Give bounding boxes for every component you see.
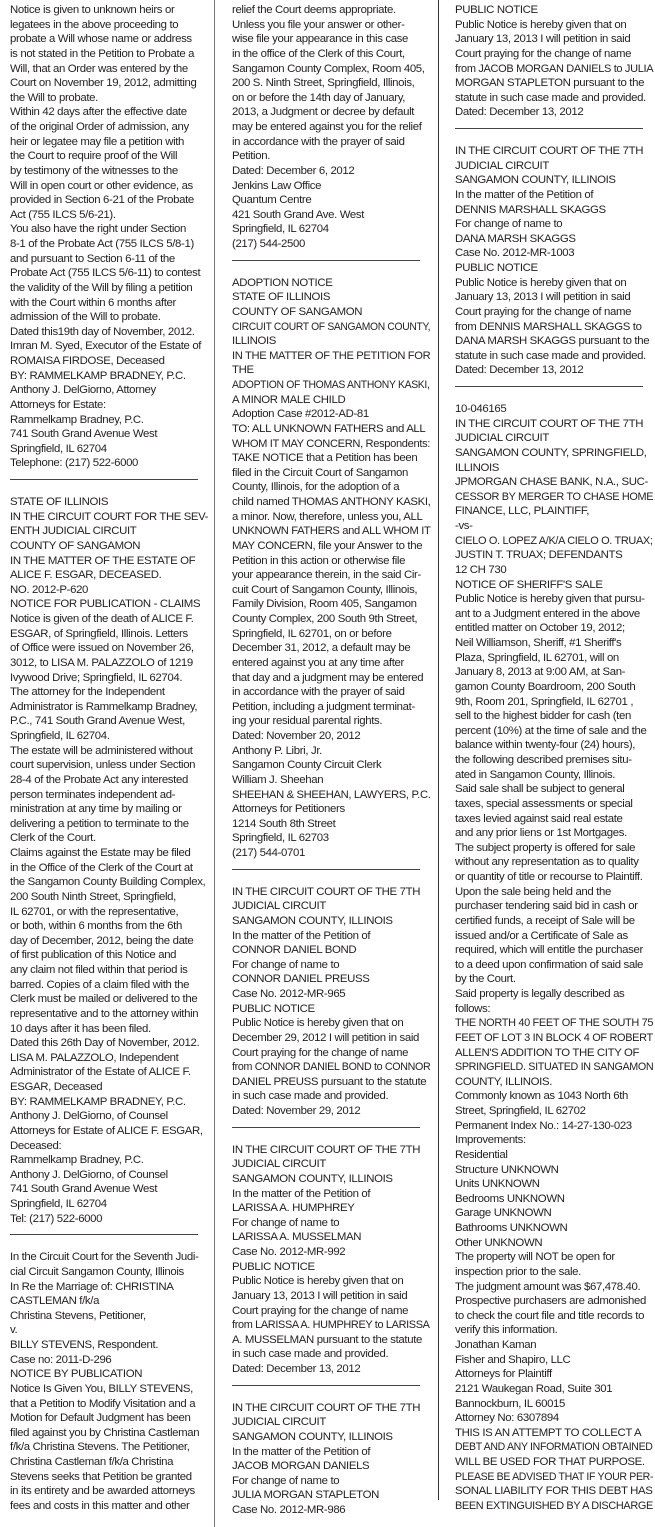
notice-text-line: the Court to require proof of the Will <box>10 149 208 164</box>
notice-text-line: 741 South Grand Avenue West <box>10 427 208 442</box>
notice-text-line: For change of name to <box>455 217 653 232</box>
notice-text-line: ALICE F. ESGAR, DECEASED. <box>10 568 208 583</box>
notice-text-line: Upon the sale being held and the <box>455 885 653 900</box>
notice-text-line: 741 South Grand Avenue West <box>10 1182 208 1197</box>
notice-text-line: and pursuant to Section 6-11 of the <box>10 252 208 267</box>
notice-text-line: the Will to probate. <box>10 91 208 106</box>
notice-text-line: Attorneys for Petitioners <box>232 802 430 817</box>
legal-notices-page: Notice is given to unknown heirs orlegat… <box>0 0 655 1527</box>
notice-text-line: JUDICIAL CIRCUIT <box>455 159 653 174</box>
notice-text-line: NOTICE OF SHERIFF'S SALE <box>455 578 653 593</box>
notice-text-line: Said sale shall be subject to general <box>455 782 653 797</box>
notice-text-line: entered against you at any time after <box>232 656 430 671</box>
notice-text-line: that day and a judgment may be entered <box>232 671 430 686</box>
notice-text-line: Dated: November 20, 2012 <box>232 729 430 744</box>
notice-text-line: JPMORGAN CHASE BANK, N.A., SUC- <box>455 475 653 490</box>
notice-text-line: Petition. <box>232 149 430 164</box>
notice-text-line: Anthony J. DelGiorno, of Counsel <box>10 1109 208 1124</box>
notice-text-line: For change of name to <box>232 1474 430 1489</box>
notice-text-line: LARISSA A. MUSSELMAN <box>232 1230 430 1245</box>
notice-text-line: inspection prior to the sale. <box>455 1265 653 1280</box>
notice-text-line: Clerk of the Court. <box>10 831 208 846</box>
notice-text-line: Administrator of the Estate of ALICE F. <box>10 1065 208 1080</box>
notice-text-line: William J. Sheehan <box>232 773 430 788</box>
notice-text-line: or quantity of title or recourse to Plai… <box>455 870 653 885</box>
notice-text-line: Petition, including a judgment terminat- <box>232 700 430 715</box>
notice-text-line: JUDICIAL CIRCUIT <box>232 899 430 914</box>
notice-text-line: ant to a Judgment entered in the above <box>455 607 653 622</box>
column-3: PUBLIC NOTICEPublic Notice is hereby giv… <box>455 3 653 1514</box>
notice-text-line: ESGAR, of Springfield, Illinois. Letters <box>10 627 208 642</box>
legal-notice: IN THE CIRCUIT COURT OF THE 7THJUDICIAL … <box>232 885 430 1119</box>
notice-text-line: Court praying for the change of name <box>455 47 653 62</box>
legal-notice: relief the Court deems appropriate.Unles… <box>232 3 430 252</box>
notice-text-line: 8-1 of the Probate Act (755 ILCS 5/8-1) <box>10 237 208 252</box>
notice-text-line: IN THE CIRCUIT COURT OF THE 7TH <box>455 417 653 432</box>
notice-text-line: in such case made and provided. <box>232 1089 430 1104</box>
notice-text-line: In the matter of the Petition of <box>232 1445 430 1460</box>
notice-text-line: IN THE MATTER OF THE ESTATE OF <box>10 554 208 569</box>
notice-text-line: Court praying for the change of name <box>232 1304 430 1319</box>
notice-text-line: Petition in this action or otherwise fil… <box>232 554 430 569</box>
notice-text-line: relief the Court deems appropriate. <box>232 3 430 18</box>
notice-text-line: Bathrooms UNKNOWN <box>455 1221 653 1236</box>
notice-text-line: SHEEHAN & SHEEHAN, LAWYERS, P.C. <box>232 788 427 803</box>
notice-text-line: NO. 2012-P-620 <box>10 583 208 598</box>
notice-text-line: Clerk must be mailed or delivered to the <box>10 992 208 1007</box>
notice-text-line: Street, Springfield, IL 62702 <box>455 1104 653 1119</box>
notice-text-line: to a deed upon confirmation of said sale <box>455 958 653 973</box>
notice-text-line: ADOPTION NOTICE <box>232 276 430 291</box>
notice-text-line: SANGAMON COUNTY, ILLINOIS <box>455 173 653 188</box>
notice-text-line: (217) 544-0701 <box>232 846 430 861</box>
notice-text-line: sell to the highest bidder for cash (ten <box>455 709 653 724</box>
notice-separator <box>232 1385 420 1386</box>
notice-text-line: County Complex, 200 South 9th Street, <box>232 612 430 627</box>
notice-text-line: Attorneys for Plaintiff <box>455 1367 653 1382</box>
notice-text-line: January 13, 2013 I will petition in said <box>455 290 653 305</box>
notice-text-line: Sangamon County Complex, Room 405, <box>232 62 430 77</box>
notice-text-line: IN THE CIRCUIT COURT FOR THE SEV- <box>10 510 206 525</box>
notice-separator <box>455 128 643 129</box>
notice-text-line: Jonathan Kaman <box>455 1338 653 1353</box>
notice-text-line: WHOM IT MAY CONCERN, Respondents: <box>232 437 425 452</box>
notice-text-line: Units UNKNOWN <box>455 1177 653 1192</box>
legal-notice: In the Circuit Court for the Seventh Jud… <box>10 1250 208 1513</box>
notice-text-line: ministration at any time by mailing or <box>10 802 208 817</box>
notice-text-line: ALLEN'S ADDITION TO THE CITY OF <box>455 1046 653 1061</box>
notice-text-line: SANGAMON COUNTY, SPRINGFIELD, <box>455 446 653 461</box>
notice-text-line: IN THE CIRCUIT COURT OF THE 7TH <box>232 1401 430 1416</box>
notice-text-line: Permanent Index No.: 14-27-130-023 <box>455 1119 653 1134</box>
notice-separator <box>10 1234 198 1235</box>
notice-text-line: Telephone: (217) 522-6000 <box>10 456 208 471</box>
notice-text-line: barred. Copies of a claim filed with the <box>10 978 208 993</box>
notice-text-line: 200 South Ninth Street, Springfield, <box>10 890 208 905</box>
notice-text-line: DANIEL PREUSS pursuant to the statute <box>232 1075 430 1090</box>
notice-text-line: admission of the Will to probate. <box>10 310 208 325</box>
notice-text-line: Case No. 2012-MR-992 <box>232 1245 430 1260</box>
notice-separator <box>232 1127 420 1128</box>
notice-text-line: FINANCE, LLC, PLAINTIFF, <box>455 504 653 519</box>
notice-text-line: Fisher and Shapiro, LLC <box>455 1353 653 1368</box>
notice-text-line: 2121 Waukegan Road, Suite 301 <box>455 1382 653 1397</box>
notice-text-line: Springfield, IL 62704 <box>10 442 208 457</box>
notice-text-line: fees and costs in this matter and other <box>10 1499 208 1514</box>
notice-text-line: DANA MARSH SKAGGS <box>455 232 653 247</box>
notice-text-line: MAY CONCERN, file your Answer to the <box>232 539 430 554</box>
notice-text-line: Court praying for the change of name <box>455 305 653 320</box>
notice-text-line: without any representation as to quality <box>455 855 653 870</box>
notice-text-line: STATE OF ILLINOIS <box>10 495 208 510</box>
notice-text-line: representative and to the attorney withi… <box>10 1007 208 1022</box>
notice-text-line: COUNTY OF SANGAMON <box>10 539 208 554</box>
notice-text-line: probate a Will whose name or address <box>10 32 208 47</box>
notice-text-line: Plaza, Springfield, IL 62701, will on <box>455 651 653 666</box>
notice-text-line: The attorney for the Independent <box>10 685 208 700</box>
notice-text-line: JUDICIAL CIRCUIT <box>232 1415 430 1430</box>
notice-text-line: (217) 544-2500 <box>232 237 430 252</box>
notice-text-line: Imran M. Syed, Executor of the Estate of <box>10 339 208 354</box>
notice-text-line: Public Notice is hereby given that on <box>232 1016 430 1031</box>
notice-text-line: Dated: December 6, 2012 <box>232 164 430 179</box>
notice-text-line: from JACOB MORGAN DANIELS to JULIA <box>455 62 646 77</box>
notice-text-line: Public Notice is hereby given that pursu… <box>455 592 653 607</box>
notice-text-line: follows: <box>455 1002 653 1017</box>
legal-notice: IN THE CIRCUIT COURT OF THE 7THJUDICIAL … <box>455 144 653 378</box>
legal-notice: IN THE CIRCUIT COURT OF THE 7THJUDICIAL … <box>232 1143 430 1377</box>
notice-text-line: IN THE CIRCUIT COURT OF THE 7TH <box>455 144 653 159</box>
notice-text-line: from DENNIS MARSHALL SKAGGS to <box>455 320 653 335</box>
notice-text-line: heir or legatee may file a petition with <box>10 135 208 150</box>
notice-text-line: PUBLIC NOTICE <box>455 261 653 276</box>
notice-text-line: of Office were issued on November 26, <box>10 641 208 656</box>
notice-text-line: MORGAN STAPLETON pursuant to the <box>455 76 653 91</box>
notice-text-line: SANGAMON COUNTY, ILLINOIS <box>232 1172 430 1187</box>
notice-separator <box>455 386 643 387</box>
notice-text-line: December 31, 2012, a default may be <box>232 641 430 656</box>
notice-text-line: Said property is legally described as <box>455 987 653 1002</box>
notice-text-line: Case No. 2012-MR-1003 <box>455 246 653 261</box>
notice-text-line: Bannockburn, IL 60015 <box>455 1397 653 1412</box>
notice-text-line: Deceased: <box>10 1139 208 1154</box>
notice-text-line: A MINOR MALE CHILD <box>232 393 430 408</box>
notice-text-line: ROMAISA FIRDOSE, Deceased <box>10 354 208 369</box>
notice-text-line: of the original Order of admission, any <box>10 120 208 135</box>
notice-text-line: The estate will be administered without <box>10 744 208 759</box>
notice-text-line: Jenkins Law Office <box>232 179 430 194</box>
notice-text-line: in accordance with the prayer of said <box>232 685 430 700</box>
notice-text-line: Dated: December 13, 2012 <box>232 1362 430 1377</box>
notice-text-line: from LARISSA A. HUMPHREY to LARISSA <box>232 1318 421 1333</box>
notice-text-line: 10-046165 <box>455 402 653 417</box>
notice-text-line: and any prior liens or 1st Mortgages. <box>455 826 653 841</box>
notice-text-line: Quantum Centre <box>232 193 430 208</box>
notice-text-line: STATE OF ILLINOIS <box>232 290 430 305</box>
notice-text-line: JULIA MORGAN STAPLETON <box>232 1488 430 1503</box>
notice-text-line: wise file your appearance in this case <box>232 32 430 47</box>
notice-text-line: Stevens seeks that Petition be granted <box>10 1470 208 1485</box>
notice-text-line: Family Division, Room 405, Sangamon <box>232 597 430 612</box>
notice-text-line: Attorneys for Estate of ALICE F. ESGAR, <box>10 1124 208 1139</box>
notice-text-line: COUNTY, ILLINOIS. <box>455 1075 653 1090</box>
notice-text-line: Dated this19th day of November, 2012. <box>10 325 208 340</box>
notice-text-line: CONNOR DANIEL BOND <box>232 943 430 958</box>
notice-text-line: Anthony J. DelGiorno, Attorney <box>10 383 208 398</box>
notice-text-line: Public Notice is hereby given that on <box>232 1274 430 1289</box>
notice-text-line: by testimony of the witnesses to the <box>10 164 208 179</box>
notice-text-line: TAKE NOTICE that a Petition has been <box>232 451 430 466</box>
notice-separator <box>10 479 198 480</box>
notice-text-line: A. MUSSELMAN pursuant to the statute <box>232 1333 430 1348</box>
notice-text-line: taxes levied against said real estate <box>455 812 653 827</box>
notice-text-line: The judgment amount was $67,478.40. <box>455 1280 653 1295</box>
legal-notice: Notice is given to unknown heirs orlegat… <box>10 3 208 471</box>
column-1: Notice is given to unknown heirs orlegat… <box>10 3 208 1514</box>
notice-text-line: LISA M. PALAZZOLO, Independent <box>10 1051 208 1066</box>
notice-text-line: verify this information. <box>455 1323 653 1338</box>
notice-text-line: January 13, 2013 I will petition in said <box>455 32 653 47</box>
notice-text-line: THE NORTH 40 FEET OF THE SOUTH 75 <box>455 1016 645 1031</box>
notice-text-line: Will, that an Order was entered by the <box>10 62 208 77</box>
notice-text-line: In the matter of the Petition of <box>455 188 653 203</box>
notice-text-line: any claim not filed within that period i… <box>10 963 208 978</box>
notice-text-line: Rammelkamp Bradney, P.C. <box>10 413 208 428</box>
notice-text-line: PUBLIC NOTICE <box>455 3 653 18</box>
notice-text-line: CESSOR BY MERGER TO CHASE HOME <box>455 490 644 505</box>
notice-text-line: Residential <box>455 1148 653 1163</box>
notice-text-line: January 13, 2013 I will petition in said <box>232 1289 430 1304</box>
notice-text-line: on or before the 14th day of January, <box>232 91 430 106</box>
notice-text-line: f/k/a Christina Stevens. The Petitioner, <box>10 1440 208 1455</box>
notice-text-line: of first publication of this Notice and <box>10 948 208 963</box>
notice-text-line: Springfield, IL 62704 <box>10 1197 208 1212</box>
notice-text-line: Public Notice is hereby given that on <box>455 18 653 33</box>
notice-text-line: Improvements: <box>455 1133 653 1148</box>
notice-text-line: the Sangamon County Building Complex, <box>10 875 208 890</box>
notice-text-line: DANA MARSH SKAGGS pursuant to the <box>455 334 653 349</box>
notice-text-line: -vs- <box>455 519 653 534</box>
notice-text-line: SONAL LIABILITY FOR THIS DEBT HAS <box>455 1484 653 1499</box>
notice-text-line: cial Circuit Sangamon County, Illinois <box>10 1265 208 1280</box>
notice-text-line: in the Office of the Clerk of the Court … <box>10 861 208 876</box>
notice-text-line: IN THE MATTER OF THE PETITION FOR <box>232 349 426 364</box>
notice-text-line: issued and/or a Certificate of Sale as <box>455 929 653 944</box>
notice-text-line: Springfield, IL 62704. <box>10 729 208 744</box>
legal-notice: IN THE CIRCUIT COURT OF THE 7THJUDICIAL … <box>232 1401 430 1518</box>
notice-text-line: BEEN EXTINGUISHED BY A DISCHARGE <box>455 1499 644 1514</box>
notice-text-line: entitled matter on October 19, 2012; <box>455 621 653 636</box>
notice-text-line: delivering a petition to terminate to th… <box>10 817 208 832</box>
notice-text-line: v. <box>10 1323 208 1338</box>
notice-text-line: CASTLEMAN f/k/a <box>10 1294 208 1309</box>
notice-text-line: to check the court file and title record… <box>455 1309 653 1324</box>
notice-text-line: your appearance therein, in the said Cir… <box>232 568 430 583</box>
notice-text-line: JUDICIAL CIRCUIT <box>232 1157 430 1172</box>
notice-text-line: filed in the Circuit Court of Sangamon <box>232 466 430 481</box>
notice-text-line: CIELO O. LOPEZ A/K/A CIELO O. TRUAX; <box>455 534 645 549</box>
notice-text-line: THIS IS AN ATTEMPT TO COLLECT A <box>455 1426 653 1441</box>
notice-text-line: 10 days after it has been filed. <box>10 1022 208 1037</box>
notice-text-line: Court praying for the change of name <box>232 1046 430 1061</box>
notice-text-line: cuit Court of Sangamon County, Illinois, <box>232 583 430 598</box>
notice-text-line: 9th, Room 201, Springfield, IL 62701 , <box>455 695 653 710</box>
notice-text-line: NOTICE FOR PUBLICATION - CLAIMS <box>10 597 208 612</box>
notice-text-line: ADOPTION OF THOMAS ANTHONY KASKI, <box>232 378 413 393</box>
notice-text-line: Christina Stevens, Petitioner, <box>10 1309 208 1324</box>
notice-text-line: PUBLIC NOTICE <box>232 1002 430 1017</box>
notice-text-line: may be entered against you for the relie… <box>232 120 430 135</box>
notice-text-line: Unless you file your answer or other- <box>232 18 430 33</box>
notice-text-line: Case No. 2012-MR-965 <box>232 987 430 1002</box>
notice-text-line: ENTH JUDICIAL CIRCUIT <box>10 524 208 539</box>
notice-text-line: THE <box>232 363 430 378</box>
notice-text-line: IN THE CIRCUIT COURT OF THE 7TH <box>232 1143 430 1158</box>
column-divider <box>438 0 439 1500</box>
notice-text-line: filed against you by Christina Castleman <box>10 1426 208 1441</box>
notice-text-line: day of December, 2012, being the date <box>10 934 208 949</box>
notice-text-line: balance within twenty-four (24) hours), <box>455 738 653 753</box>
notice-text-line: ated in Sangamon County, Illinois. <box>455 768 653 783</box>
notice-text-line: PUBLIC NOTICE <box>232 1260 430 1275</box>
notice-text-line: court supervision, unless under Section <box>10 758 208 773</box>
notice-text-line: You also have the right under Section <box>10 222 208 237</box>
notice-text-line: Dated: December 13, 2012 <box>455 363 653 378</box>
notice-text-line: Garage UNKNOWN <box>455 1206 653 1221</box>
notice-text-line: in such case made and provided. <box>232 1347 430 1362</box>
notice-text-line: purchaser tendering said bid in cash or <box>455 899 653 914</box>
notice-text-line: Motion for Default Judgment has been <box>10 1411 208 1426</box>
notice-text-line: 12 CH 730 <box>455 563 653 578</box>
notice-text-line: In the matter of the Petition of <box>232 1187 430 1202</box>
notice-text-line: BY: RAMMELKAMP BRADNEY, P.C. <box>10 1095 208 1110</box>
notice-text-line: SANGAMON COUNTY, ILLINOIS <box>232 1430 430 1445</box>
notice-text-line: For change of name to <box>232 958 430 973</box>
notice-text-line: Prospective purchasers are admonished <box>455 1294 653 1309</box>
notice-text-line: Case no: 2011-D-296 <box>10 1353 208 1368</box>
notice-text-line: Springfield, IL 62703 <box>232 831 430 846</box>
notice-text-line: NOTICE BY PUBLICATION <box>10 1367 208 1382</box>
notice-text-line: DENNIS MARSHALL SKAGGS <box>455 203 653 218</box>
notice-text-line: Notice is given of the death of ALICE F. <box>10 612 208 627</box>
notice-text-line: in its entirety and be awarded attorneys <box>10 1484 208 1499</box>
notice-text-line: 28-4 of the Probate Act any interested <box>10 773 208 788</box>
notice-text-line: provided in Section 6-21 of the Probate <box>10 193 208 208</box>
notice-text-line: Dated: December 13, 2012 <box>455 105 653 120</box>
notice-text-line: legatees in the above proceeding to <box>10 18 208 33</box>
notice-text-line: percent (10%) at the time of sale and th… <box>455 724 653 739</box>
notice-text-line: statute in such case made and provided. <box>455 349 653 364</box>
notice-text-line: LARISSA A. HUMPHREY <box>232 1201 430 1216</box>
notice-text-line: 421 South Grand Ave. West <box>232 208 430 223</box>
notice-text-line: Will in open court or other evidence, as <box>10 179 208 194</box>
notice-text-line: JUSTIN T. TRUAX; DEFENDANTS <box>455 548 653 563</box>
notice-text-line: Within 42 days after the effective date <box>10 105 208 120</box>
notice-text-line: a minor. Now, therefore, unless you, ALL <box>232 510 430 525</box>
notice-text-line: County, Illinois, for the adoption of a <box>232 480 430 495</box>
notice-text-line: Structure UNKNOWN <box>455 1163 653 1178</box>
notice-text-line: ESGAR, Deceased <box>10 1080 208 1095</box>
notice-text-line: Bedrooms UNKNOWN <box>455 1192 653 1207</box>
notice-text-line: statute in such case made and provided. <box>455 91 653 106</box>
notice-text-line: Christina Castleman f/k/a Christina <box>10 1455 208 1470</box>
notice-text-line: Notice is given to unknown heirs or <box>10 3 208 18</box>
notice-text-line: ing your residual parental rights. <box>232 714 430 729</box>
notice-text-line: Sangamon County Circuit Clerk <box>232 758 430 773</box>
notice-text-line: PLEASE BE ADVISED THAT IF YOUR PER- <box>455 1470 638 1485</box>
notice-text-line: the following described premises situ- <box>455 753 653 768</box>
notice-text-line: Court on November 19, 2012, admitting <box>10 76 208 91</box>
notice-text-line: the validity of the Will by filing a pet… <box>10 281 208 296</box>
notice-text-line: Case No. 2012-MR-986 <box>232 1503 430 1518</box>
notice-text-line: or both, within 6 months from the 6th <box>10 919 208 934</box>
notice-text-line: DEBT AND ANY INFORMATION OBTAINED <box>455 1440 638 1455</box>
notice-text-line: in the office of the Clerk of this Court… <box>232 47 430 62</box>
legal-notice: STATE OF ILLINOISIN THE CIRCUIT COURT FO… <box>10 495 208 1226</box>
notice-text-line: that a Petition to Modify Visitation and… <box>10 1397 208 1412</box>
notice-text-line: Rammelkamp Bradney, P.C. <box>10 1153 208 1168</box>
notice-text-line: CIRCUIT COURT OF SANGAMON COUNTY, <box>232 320 411 335</box>
notice-text-line: ILLINOIS <box>232 334 430 349</box>
notice-text-line: 200 S. Ninth Street, Springfield, Illino… <box>232 76 430 91</box>
notice-text-line: Dated this 26th Day of November, 2012. <box>10 1036 208 1051</box>
notice-text-line: SPRINGFIELD. SITUATED IN SANGAMON <box>455 1060 642 1075</box>
notice-text-line: January 8, 2013 at 9:00 AM, at San- <box>455 665 653 680</box>
notice-text-line: Neil Williamson, Sheriff, #1 Sheriff's <box>455 636 653 651</box>
notice-text-line: gamon County Boardroom, 200 South <box>455 680 653 695</box>
notice-text-line: For change of name to <box>232 1216 430 1231</box>
notice-text-line: In Re the Marriage of: CHRISTINA <box>10 1280 208 1295</box>
notice-text-line: COUNTY OF SANGAMON <box>232 305 430 320</box>
notice-text-line: required, which will entitle the purchas… <box>455 943 653 958</box>
notice-text-line: Public Notice is hereby given that on <box>455 276 653 291</box>
column-divider <box>214 0 215 1527</box>
notice-text-line: certified funds, a receipt of Sale will … <box>455 914 653 929</box>
notice-text-line: ILLINOIS <box>455 461 653 476</box>
notice-separator <box>232 869 420 870</box>
notice-text-line: BILLY STEVENS, Respondent. <box>10 1338 208 1353</box>
notice-text-line: The property will NOT be open for <box>455 1250 653 1265</box>
notice-text-line: IL 62701, or with the representative, <box>10 905 208 920</box>
notice-text-line: CONNOR DANIEL PREUSS <box>232 972 430 987</box>
notice-text-line: In the matter of the Petition of <box>232 929 430 944</box>
notice-text-line: 1214 South 8th Street <box>232 817 430 832</box>
notice-text-line: from CONNOR DANIEL BOND to CONNOR <box>232 1060 418 1075</box>
notice-text-line: person terminates independent ad- <box>10 788 208 803</box>
notice-text-line: Tel: (217) 522-6000 <box>10 1212 208 1227</box>
notice-text-line: SANGAMON COUNTY, ILLINOIS <box>232 914 430 929</box>
notice-text-line: Attorneys for Estate: <box>10 398 208 413</box>
notice-text-line: 2013, a Judgment or decree by default <box>232 105 430 120</box>
notice-text-line: UNKNOWN FATHERS and ALL WHOM IT <box>232 524 426 539</box>
notice-text-line: IN THE CIRCUIT COURT OF THE 7TH <box>232 885 430 900</box>
notice-text-line: Administrator is Rammelkamp Bradney, <box>10 700 208 715</box>
notice-text-line: WILL BE USED FOR THAT PURPOSE. <box>455 1455 653 1470</box>
notice-text-line: Commonly known as 1043 North 6th <box>455 1089 653 1104</box>
notice-text-line: Act (755 ILCS 5/6-21). <box>10 208 208 223</box>
notice-text-line: TO: ALL UNKNOWN FATHERS and ALL <box>232 422 430 437</box>
notice-text-line: Springfield, IL 62704 <box>232 222 430 237</box>
notice-text-line: child named THOMAS ANTHONY KASKI, <box>232 495 429 510</box>
legal-notice: 10-046165IN THE CIRCUIT COURT OF THE 7TH… <box>455 402 653 1514</box>
column-2: relief the Court deems appropriate.Unles… <box>232 3 430 1518</box>
notice-text-line: In the Circuit Court for the Seventh Jud… <box>10 1250 208 1265</box>
notice-text-line: Springfield, IL 62701, on or before <box>232 627 430 642</box>
notice-text-line: Other UNKNOWN <box>455 1236 653 1251</box>
notice-text-line: P.C., 741 South Grand Avenue West, <box>10 714 208 729</box>
notice-text-line: FEET OF LOT 3 IN BLOCK 4 OF ROBERT <box>455 1031 645 1046</box>
legal-notice: PUBLIC NOTICEPublic Notice is hereby giv… <box>455 3 653 120</box>
